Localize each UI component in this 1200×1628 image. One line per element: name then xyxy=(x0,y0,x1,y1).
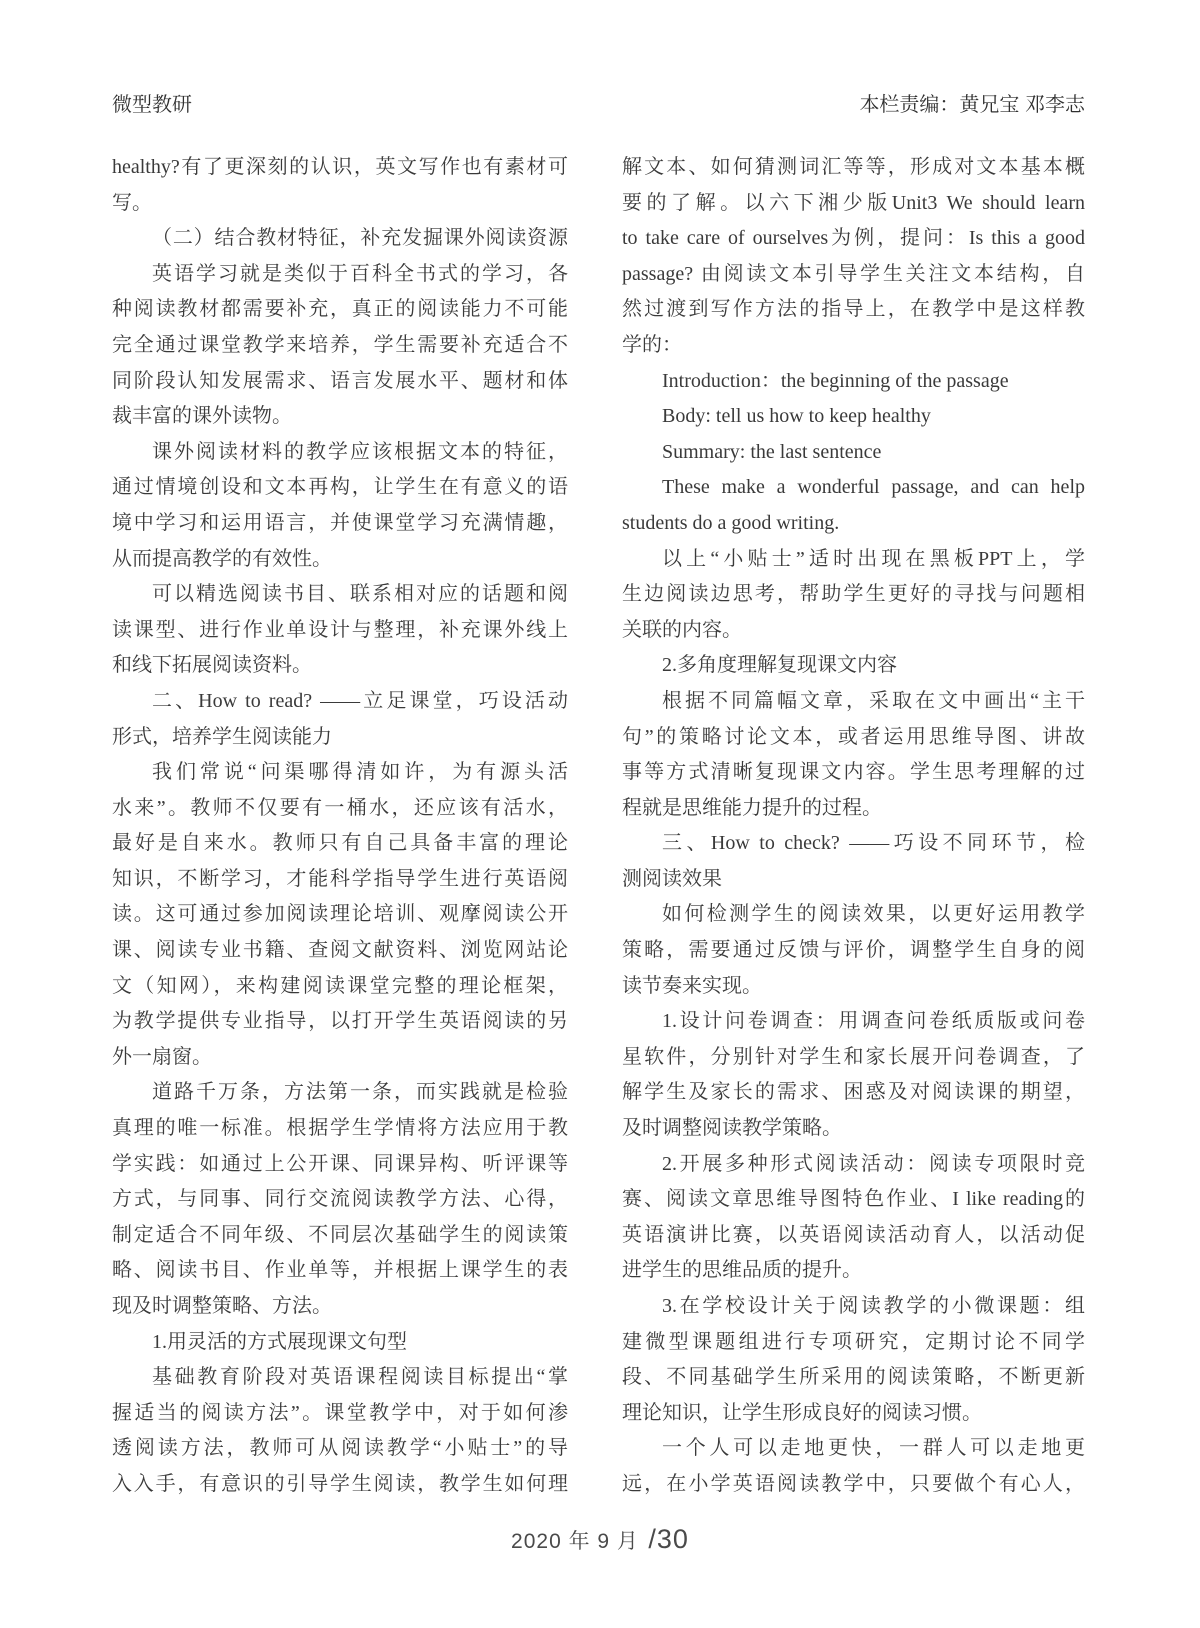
text-line: 读课型、进行作业单设计与整理，补充课外线上 xyxy=(112,613,568,649)
text-line: These make a wonderful passage, and can … xyxy=(622,470,1085,506)
magazine-page: 微型教研 本栏责编：黄兄宝 邓李志 healthy?有了更深刻的认识，英文写作也… xyxy=(0,0,1200,1628)
text-line: 进学生的思维品质的提升。 xyxy=(622,1253,1085,1289)
text-line: 写。 xyxy=(112,186,568,222)
text-line: 可以精选阅读书目、联系相对应的话题和阅 xyxy=(112,577,568,613)
text-line: 形式，培养学生阅读能力 xyxy=(112,720,568,756)
text-line: 和线下拓展阅读资料。 xyxy=(112,648,568,684)
page-header: 微型教研 本栏责编：黄兄宝 邓李志 xyxy=(112,88,1085,117)
text-line: 理论知识，让学生形成良好的阅读习惯。 xyxy=(622,1396,1085,1432)
text-line: 略、阅读书目、作业单等，并根据上课学生的表 xyxy=(112,1253,568,1289)
footer-issue-date: 2020 年 9 月 xyxy=(511,1530,639,1553)
text-line: 从而提高教学的有效性。 xyxy=(112,542,568,578)
text-line: 为教学提供专业指导，以打开学生英语阅读的另 xyxy=(112,1004,568,1040)
text-line: 生边阅读边思考，帮助学生更好的寻找与问题相 xyxy=(622,577,1085,613)
text-line: 星软件，分别针对学生和家长展开问卷调查，了 xyxy=(622,1040,1085,1076)
text-line: 3.在学校设计关于阅读教学的小微课题：组 xyxy=(622,1289,1085,1325)
text-line: 裁丰富的课外读物。 xyxy=(112,399,568,435)
text-line: 2.开展多种形式阅读活动：阅读专项限时竞 xyxy=(622,1147,1085,1183)
text-line: 段、不同基础学生所采用的阅读策略，不断更新 xyxy=(622,1360,1085,1396)
text-line: students do a good writing. xyxy=(622,506,1085,542)
text-line: 远，在小学英语阅读教学中，只要做个有心人， xyxy=(622,1467,1085,1503)
text-line: 外一扇窗。 xyxy=(112,1040,568,1076)
text-line: 句”的策略讨论文本，或者运用思维导图、讲故 xyxy=(622,720,1085,756)
text-line: 关联的内容。 xyxy=(622,613,1085,649)
text-line: 程就是思维能力提升的过程。 xyxy=(622,791,1085,827)
text-line: 入入手，有意识的引导学生阅读，教学生如何理 xyxy=(112,1467,568,1503)
article-body: healthy?有了更深刻的认识，英文写作也有素材可写。（二）结合教材特征，补充… xyxy=(112,150,1085,1503)
text-line: 学的： xyxy=(622,328,1085,364)
text-line: 策略，需要通过反馈与评价，调整学生自身的阅 xyxy=(622,933,1085,969)
text-line: 道路千万条，方法第一条，而实践就是检验 xyxy=(112,1075,568,1111)
text-line: 英语演讲比赛，以英语阅读活动育人，以活动促 xyxy=(622,1218,1085,1254)
text-line: 课外阅读材料的教学应该根据文本的特征， xyxy=(112,435,568,471)
text-line: 赛、阅读文章思维导图特色作业、I like reading的 xyxy=(622,1182,1085,1218)
text-line: 读。这可通过参加阅读理论培训、观摩阅读公开 xyxy=(112,897,568,933)
text-line: 最好是自来水。教师只有自己具备丰富的理论 xyxy=(112,826,568,862)
text-line: 如何检测学生的阅读效果，以更好运用教学 xyxy=(622,897,1085,933)
text-line: 学实践：如通过上公开课、同课异构、听评课等 xyxy=(112,1147,568,1183)
text-line: 课、阅读专业书籍、查阅文献资料、浏览网站论 xyxy=(112,933,568,969)
page-footer: 2020 年 9 月 /30 xyxy=(0,1524,1200,1555)
text-line: 同阶段认知发展需求、语言发展水平、题材和体 xyxy=(112,364,568,400)
text-line: 我们常说“问渠哪得清如许，为有源头活 xyxy=(112,755,568,791)
text-line: 境中学习和运用语言，并使课堂学习充满情趣， xyxy=(112,506,568,542)
text-line: 根据不同篇幅文章，采取在文中画出“主干 xyxy=(622,684,1085,720)
text-line: Introduction：the beginning of the passag… xyxy=(622,364,1085,400)
text-line: 现及时调整策略、方法。 xyxy=(112,1289,568,1325)
text-line: 种阅读教材都需要补充，真正的阅读能力不可能 xyxy=(112,292,568,328)
text-line: 握适当的阅读方法”。课堂教学中，对于如何渗 xyxy=(112,1396,568,1432)
text-line: 要的了解。以六下湘少版Unit3 We should learn xyxy=(622,186,1085,222)
text-line: 读节奏来实现。 xyxy=(622,969,1085,1005)
text-line: 基础教育阶段对英语课程阅读目标提出“掌 xyxy=(112,1360,568,1396)
text-line: 1.设计问卷调查：用调查问卷纸质版或问卷 xyxy=(622,1004,1085,1040)
text-line: 水来”。教师不仅要有一桶水，还应该有活水， xyxy=(112,791,568,827)
right-column: 解文本、如何猜测词汇等等，形成对文本基本概要的了解。以六下湘少版Unit3 We… xyxy=(622,150,1085,1503)
text-line: 英语学习就是类似于百科全书式的学习，各 xyxy=(112,257,568,293)
text-line: to take care of ourselves为例，提问：Is this a… xyxy=(622,221,1085,257)
text-line: 方式，与同事、同行交流阅读教学方法、心得， xyxy=(112,1182,568,1218)
footer-page-number: 30 xyxy=(657,1524,689,1554)
section-label: 微型教研 xyxy=(112,88,192,117)
text-line: Body: tell us how to keep healthy xyxy=(622,399,1085,435)
text-line: 解学生及家长的需求、困惑及对阅读课的期望， xyxy=(622,1075,1085,1111)
text-line: 文（知网），来构建阅读课堂完整的理论框架， xyxy=(112,969,568,1005)
footer-separator: / xyxy=(644,1524,657,1554)
text-line: Summary: the last sentence xyxy=(622,435,1085,471)
text-line: 事等方式清晰复现课文内容。学生思考理解的过 xyxy=(622,755,1085,791)
text-line: 一个人可以走地更快，一群人可以走地更 xyxy=(622,1431,1085,1467)
text-line: 及时调整阅读教学策略。 xyxy=(622,1111,1085,1147)
text-line: passage? 由阅读文本引导学生关注文本结构，自 xyxy=(622,257,1085,293)
text-line: 测阅读效果 xyxy=(622,862,1085,898)
text-line: 三、How to check? ——巧设不同环节，检 xyxy=(622,826,1085,862)
text-line: 2.多角度理解复现课文内容 xyxy=(622,648,1085,684)
text-line: 二、How to read? ——立足课堂，巧设活动 xyxy=(112,684,568,720)
text-line: 制定适合不同年级、不同层次基础学生的阅读策 xyxy=(112,1218,568,1254)
text-line: 知识，不断学习，才能科学指导学生进行英语阅 xyxy=(112,862,568,898)
text-line: 建微型课题组进行专项研究，定期讨论不同学 xyxy=(622,1325,1085,1361)
text-line: 解文本、如何猜测词汇等等，形成对文本基本概 xyxy=(622,150,1085,186)
text-line: 以上“小贴士”适时出现在黑板PPT上，学 xyxy=(622,542,1085,578)
text-line: 真理的唯一标准。根据学生学情将方法应用于教 xyxy=(112,1111,568,1147)
text-line: 1.用灵活的方式展现课文句型 xyxy=(112,1325,568,1361)
text-line: 完全通过课堂教学来培养，学生需要补充适合不 xyxy=(112,328,568,364)
text-line: 然过渡到写作方法的指导上，在教学中是这样教 xyxy=(622,292,1085,328)
text-line: 透阅读方法，教师可从阅读教学“小贴士”的导 xyxy=(112,1431,568,1467)
text-line: （二）结合教材特征，补充发掘课外阅读资源 xyxy=(112,221,568,257)
editors-label: 本栏责编：黄兄宝 邓李志 xyxy=(859,88,1085,117)
text-line: healthy?有了更深刻的认识，英文写作也有素材可 xyxy=(112,150,568,186)
text-line: 通过情境创设和文本再构，让学生在有意义的语 xyxy=(112,470,568,506)
left-column: healthy?有了更深刻的认识，英文写作也有素材可写。（二）结合教材特征，补充… xyxy=(112,150,568,1503)
